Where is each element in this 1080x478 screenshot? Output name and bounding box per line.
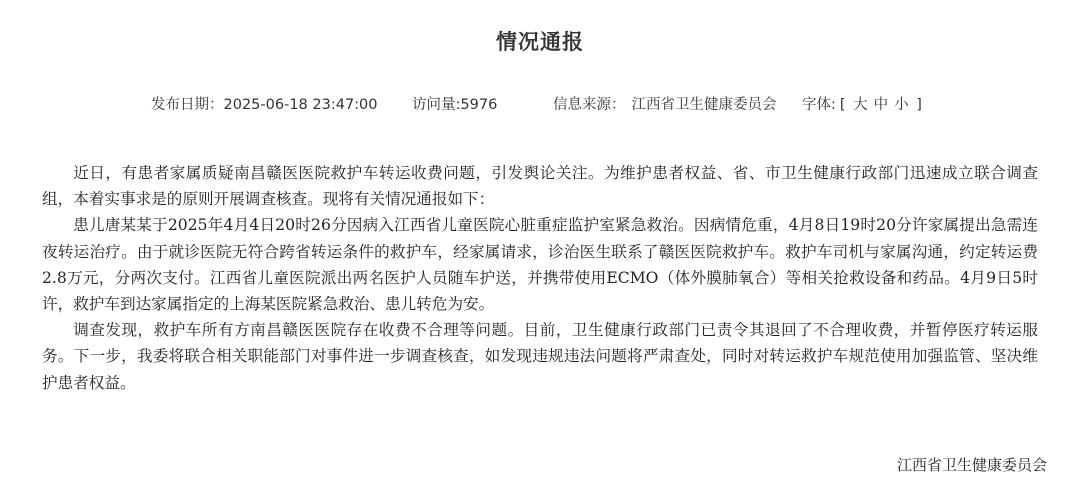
article-body: 近日，有患者家属质疑南昌赣医医院救护车转运收费问题，引发舆论关注。为维护患者权益… [42,160,1038,396]
font-size-label: 字体: [802,97,836,113]
font-size-large-link[interactable]: 大 [853,97,868,113]
view-count: 访问量:5976 [412,93,497,114]
publish-date-value: 2025-06-18 23:47:00 [224,97,378,113]
font-size-open-bracket: [ [840,97,846,113]
info-source-value: 江西省卫生健康委员会 [632,97,777,113]
signature: 江西省卫生健康委员会 [897,454,1047,475]
paragraph-intro: 近日，有患者家属质疑南昌赣医医院救护车转运收费问题，引发舆论关注。为维护患者权益… [42,160,1038,212]
paragraph-findings: 调查发现，救护车所有方南昌赣医医院存在收费不合理等问题。目前，卫生健康行政部门已… [42,317,1038,396]
font-size-close-bracket: ] [916,97,922,113]
font-size-medium-link[interactable]: 中 [874,97,889,113]
view-count-label: 访问量: [412,97,460,113]
article-meta: 发布日期：2025-06-18 23:47:00 访问量:5976 信息来源：江… [0,93,1080,115]
publish-date: 发布日期：2025-06-18 23:47:00 [151,93,378,114]
font-size-selector: 字体:[ 大中小 ] [802,93,922,114]
info-source: 信息来源：江西省卫生健康委员会 [553,93,777,114]
font-size-small-link[interactable]: 小 [894,97,909,113]
publish-date-label: 发布日期： [151,97,224,113]
paragraph-details: 患儿唐某某于2025年4月4日20时26分因病入江西省儿童医院心脏重症监护室紧急… [42,212,1038,317]
page-title: 情况通报 [0,26,1080,56]
info-source-label: 信息来源： [553,97,626,113]
view-count-value: 5976 [460,97,497,113]
